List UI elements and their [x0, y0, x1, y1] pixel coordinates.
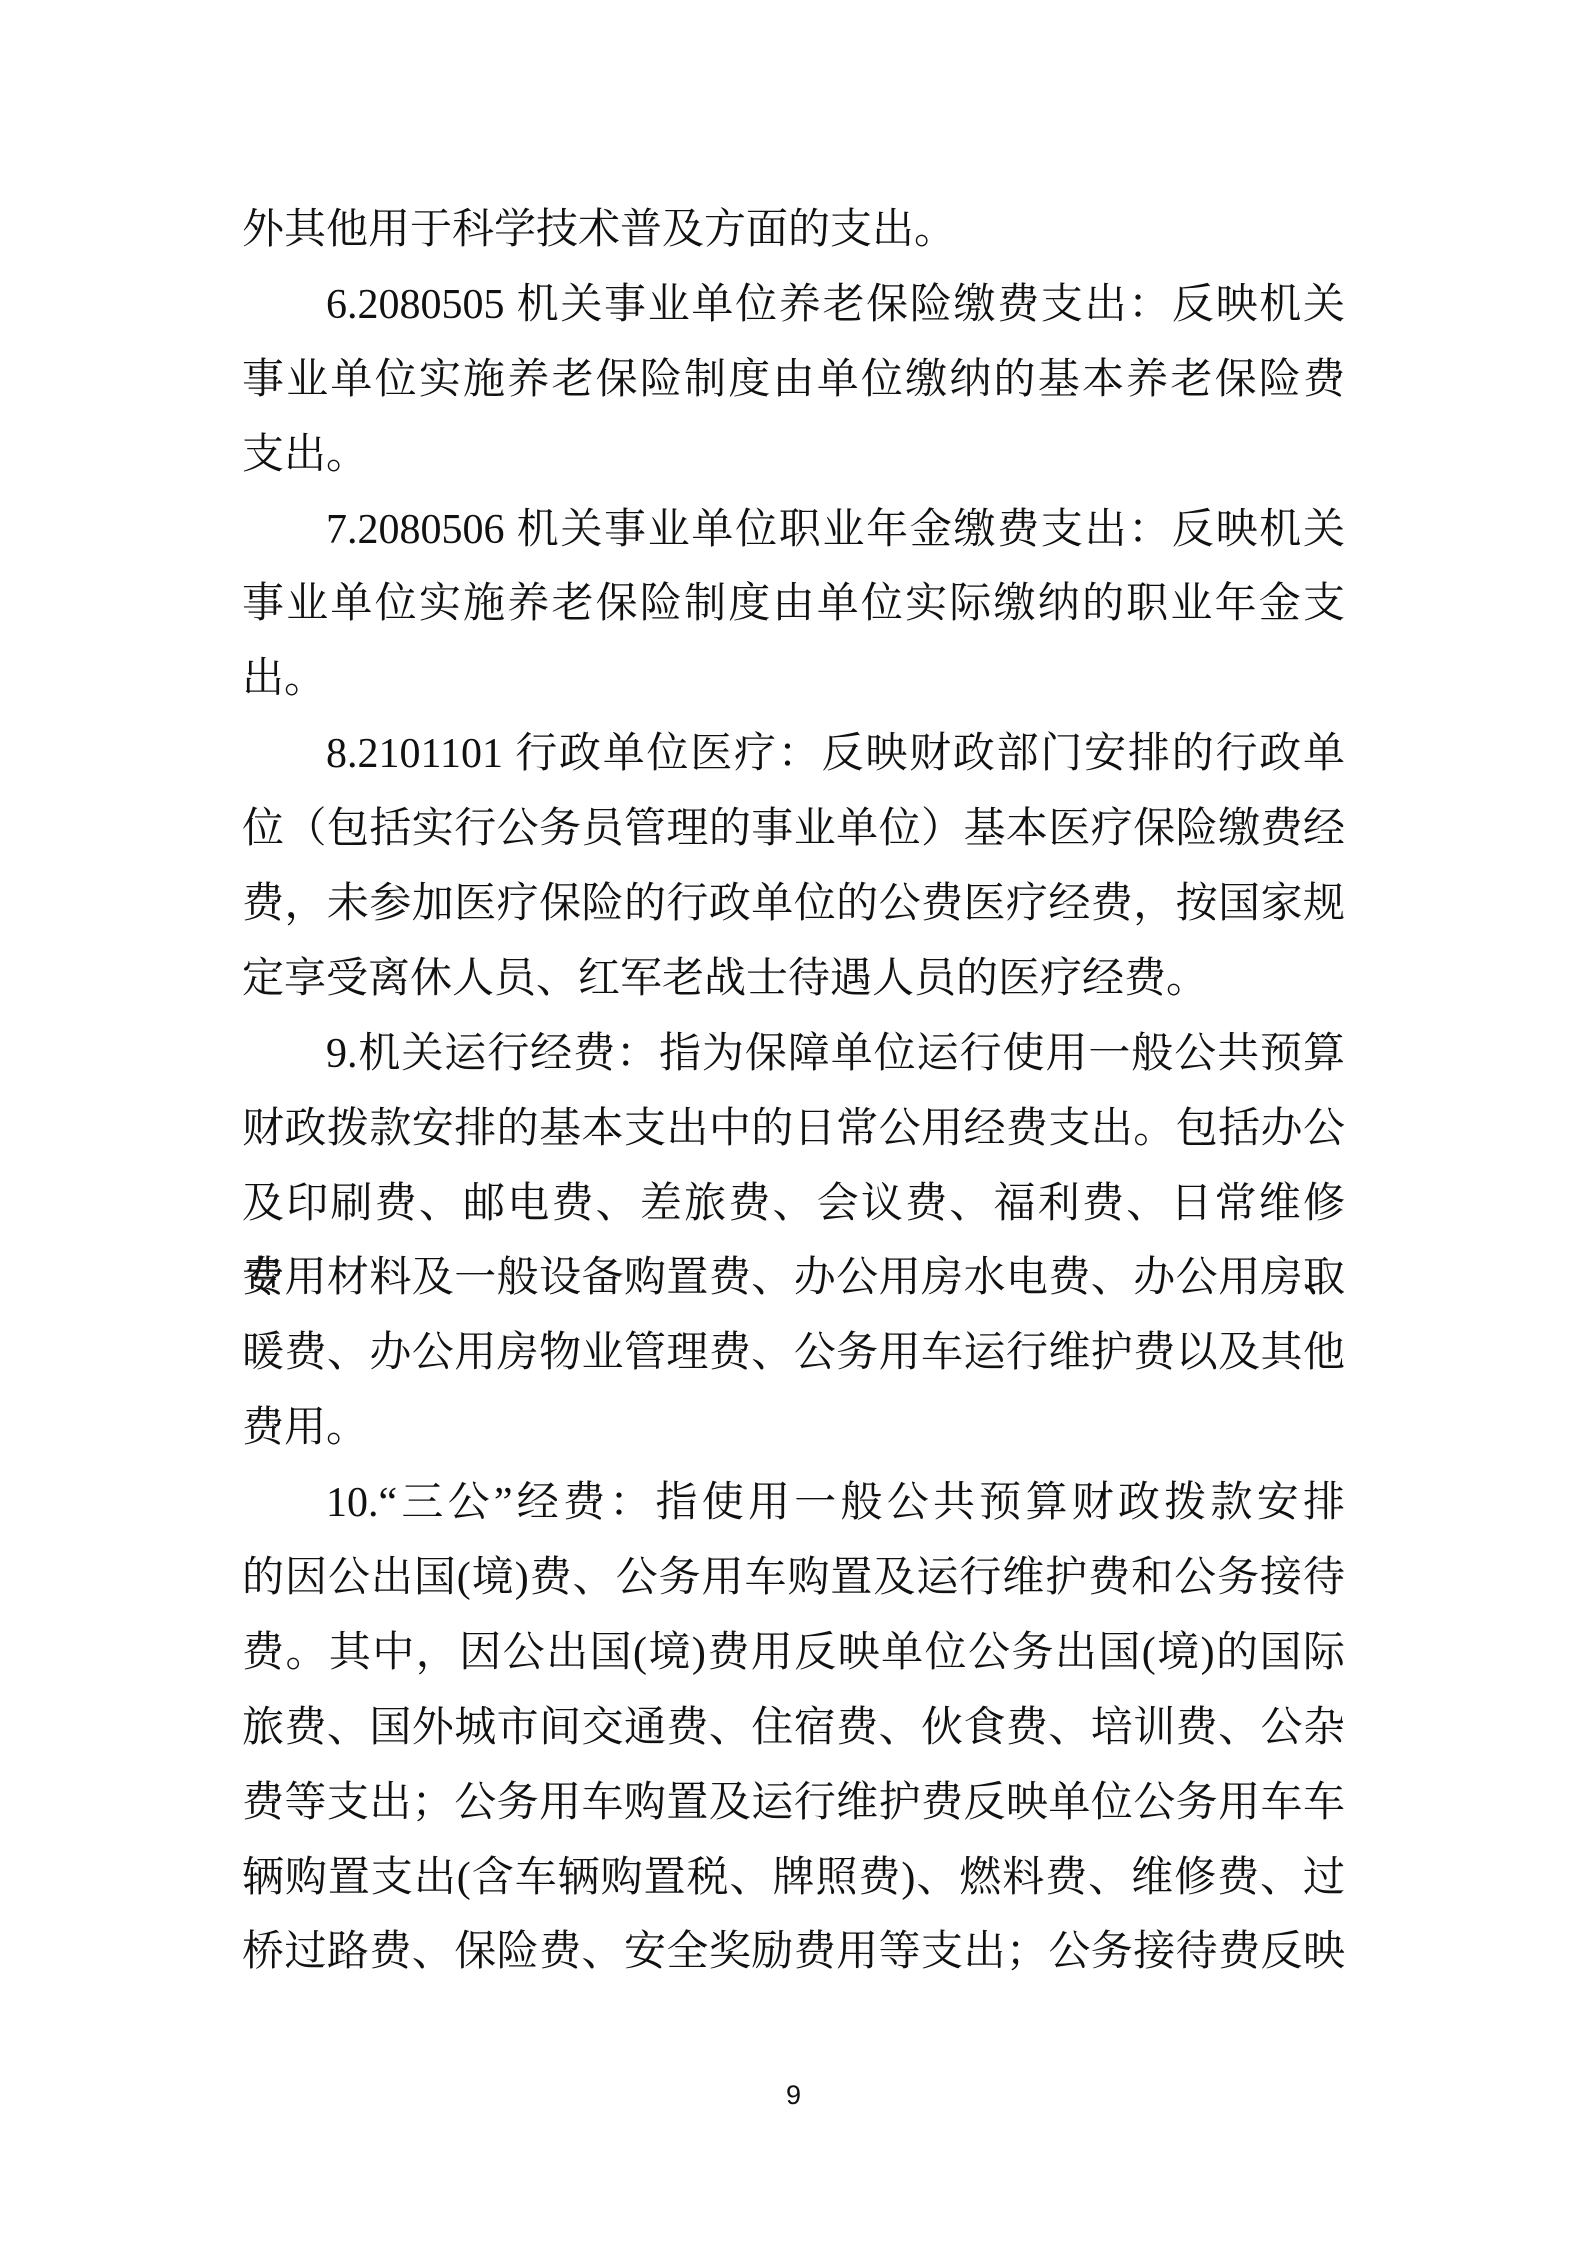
text-line: 桥过路费、保险费、安全奖励费用等支出；公务接待费反映: [242, 1915, 1345, 1990]
text-line: 支出。: [242, 418, 1345, 493]
text-line: 7.2080506 机关事业单位职业年金缴费支出：反映机关: [242, 493, 1345, 568]
document-page: 外其他用于科学技术普及方面的支出。6.2080505 机关事业单位养老保险缴费支…: [0, 0, 1587, 2245]
text-line: 旅费、国外城市间交通费、住宿费、伙食费、培训费、公杂: [242, 1691, 1345, 1766]
text-line: 费用。: [242, 1391, 1345, 1466]
text-line: 财政拨款安排的基本支出中的日常公用经费支出。包括办公: [242, 1092, 1345, 1167]
text-line: 10.“三公”经费：指使用一般公共预算财政拨款安排: [242, 1466, 1345, 1541]
text-line: 的因公出国(境)费、公务用车购置及运行维护费和公务接待: [242, 1541, 1345, 1616]
text-line: 定享受离休人员、红军老战士待遇人员的医疗经费。: [242, 942, 1345, 1017]
text-line: 8.2101101 行政单位医疗：反映财政部门安排的行政单: [242, 717, 1345, 792]
text-line: 6.2080505 机关事业单位养老保险缴费支出：反映机关: [242, 268, 1345, 343]
text-line: 费，未参加医疗保险的行政单位的公费医疗经费，按国家规: [242, 867, 1345, 942]
text-line: 费。其中，因公出国(境)费用反映单位公务出国(境)的国际: [242, 1616, 1345, 1691]
text-block: 外其他用于科学技术普及方面的支出。6.2080505 机关事业单位养老保险缴费支…: [242, 193, 1345, 1990]
text-line: 出。: [242, 642, 1345, 717]
text-line: 位（包括实行公务员管理的事业单位）基本医疗保险缴费经: [242, 792, 1345, 867]
text-line: 费等支出；公务用车购置及运行维护费反映单位公务用车车: [242, 1766, 1345, 1841]
text-line: 暖费、办公用房物业管理费、公务用车运行维护费以及其他: [242, 1316, 1345, 1391]
text-line: 辆购置支出(含车辆购置税、牌照费)、燃料费、维修费、过: [242, 1841, 1345, 1916]
text-line: 及印刷费、邮电费、差旅费、会议费、福利费、日常维修费、: [242, 1167, 1345, 1242]
text-line: 9.机关运行经费：指为保障单位运行使用一般公共预算: [242, 1017, 1345, 1092]
page-number: 9: [0, 2080, 1587, 2111]
text-line: 事业单位实施养老保险制度由单位实际缴纳的职业年金支: [242, 567, 1345, 642]
text-line: 专用材料及一般设备购置费、办公用房水电费、办公用房取: [242, 1241, 1345, 1316]
text-line: 外其他用于科学技术普及方面的支出。: [242, 193, 1345, 268]
text-line: 事业单位实施养老保险制度由单位缴纳的基本养老保险费: [242, 343, 1345, 418]
